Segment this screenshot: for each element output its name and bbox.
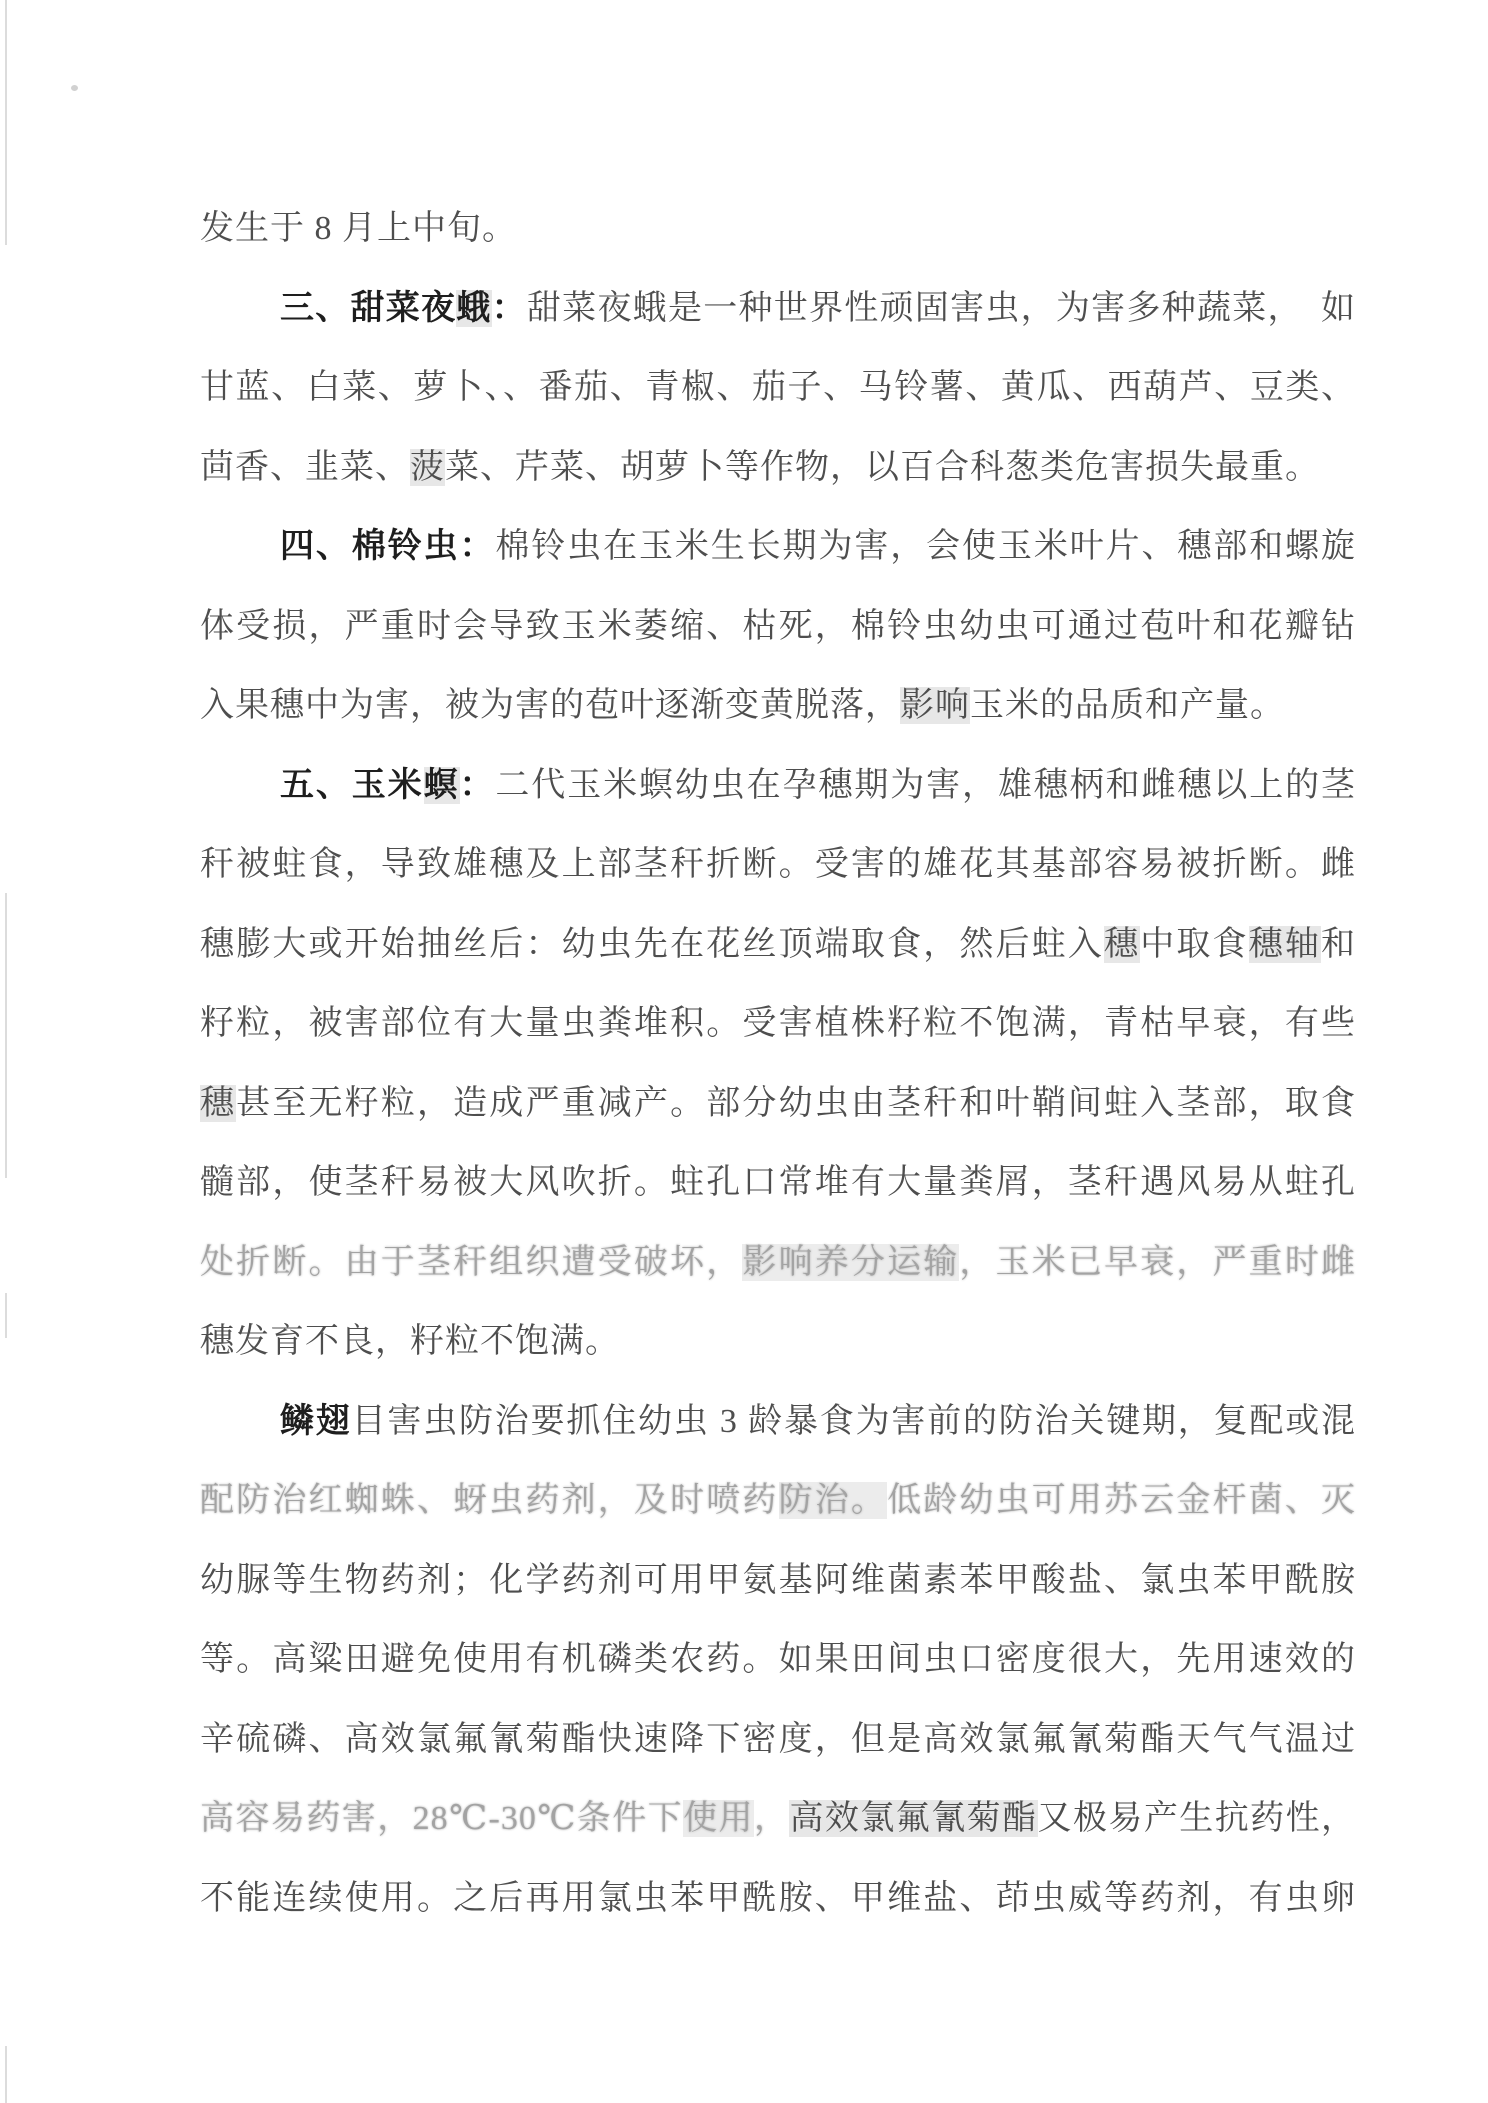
text-segment: 幼脲等生物药剂；化学药剂可用甲氨基阿维菌素苯甲酸盐、氯虫苯甲酰胺 bbox=[200, 1562, 1356, 1599]
text-line: 髓部，使茎秆易被大风吹折。蛀孔口常堆有大量粪屑，茎秆遇风易从蛀孔 bbox=[200, 1143, 1356, 1223]
text-segment: ： bbox=[492, 290, 527, 327]
scan-edge-line bbox=[5, 2046, 7, 2103]
text-segment: 影响养分运输 bbox=[742, 1244, 959, 1281]
text-segment: 鳞翅 bbox=[280, 1403, 352, 1440]
text-line: 体受损，严重时会导致玉米萎缩、枯死，棉铃虫幼虫可通过苞叶和花瓣钻 bbox=[200, 587, 1356, 667]
text-segment: 穗 bbox=[1104, 926, 1140, 963]
text-segment: 配防治红蜘蛛、蚜虫药剂，及时喷药 bbox=[200, 1482, 779, 1519]
text-segment: ： bbox=[460, 767, 496, 804]
text-line: 发生于 8 月上中旬。 bbox=[200, 189, 1356, 269]
text-segment: 处折断。由于茎秆组织遭受破坏， bbox=[200, 1244, 742, 1281]
text-segment: 不能连续使用。之后再用氯虫苯甲酰胺、甲维盐、茚虫威等药剂，有虫卵 bbox=[200, 1880, 1356, 1917]
scan-edge-line bbox=[5, 1293, 7, 1338]
text-segment: 体受损，严重时会导致玉米萎缩、枯死，棉铃虫幼虫可通过苞叶和花瓣钻 bbox=[200, 608, 1356, 645]
text-segment: 使用 bbox=[683, 1800, 754, 1837]
text-segment: 五、玉米 bbox=[280, 767, 424, 804]
text-segment: 入果穗中为害，被为害的苞叶逐渐变黄脱落， bbox=[200, 687, 900, 724]
text-line: 辛硫磷、高效氯氟氰菊酯快速降下密度，但是高效氯氟氰菊酯天气气温过 bbox=[200, 1700, 1356, 1780]
text-line: 入果穗中为害，被为害的苞叶逐渐变黄脱落，影响玉米的品质和产量。 bbox=[200, 666, 1356, 746]
text-segment: 穗轴 bbox=[1249, 926, 1321, 963]
text-line: 穗膨大或开始抽丝后：幼虫先在花丝顶端取食，然后蛀入穗中取食穗轴和 bbox=[200, 905, 1356, 985]
text-segment: 中取食 bbox=[1140, 926, 1248, 963]
scanned-document-page: 发生于 8 月上中旬。三、甜菜夜蛾：甜菜夜蛾是一种世界性顽固害虫，为害多种蔬菜，… bbox=[0, 0, 1488, 2103]
text-segment: 穗膨大或开始抽丝后：幼虫先在花丝顶端取食，然后蛀入 bbox=[200, 926, 1104, 963]
scan-edge-line bbox=[5, 0, 7, 245]
scan-speck bbox=[71, 85, 78, 91]
text-segment: 影响 bbox=[900, 687, 970, 724]
text-segment: 28℃-30℃条件下 bbox=[413, 1800, 683, 1837]
text-segment: 螟 bbox=[424, 767, 460, 804]
text-line: 秆被蛀食，导致雄穗及上部茎秆折断。受害的雄花其基部容易被折断。雌 bbox=[200, 825, 1356, 905]
text-segment: 辛硫磷、高效氯氟氰菊酯快速降下密度，但是高效氯氟氰菊酯天气气温过 bbox=[200, 1721, 1356, 1758]
text-segment: 籽粒，被害部位有大量虫粪堆积。受害植株籽粒不饱满，青枯早衰，有些 bbox=[200, 1005, 1356, 1042]
text-segment: 穗发育不良，籽粒不饱满。 bbox=[200, 1323, 620, 1360]
text-line: 等。高粱田避免使用有机磷类农药。如果田间虫口密度很大，先用速效的 bbox=[200, 1620, 1356, 1700]
text-segment: 菠 bbox=[410, 449, 445, 486]
text-segment: 甘蓝、白菜、萝卜、、番茄、青椒、茄子、马铃薯、黄瓜、西葫芦、豆类、 bbox=[200, 369, 1356, 406]
text-segment: 和 bbox=[1321, 926, 1356, 963]
text-line: 处折断。由于茎秆组织遭受破坏，影响养分运输，玉米已早衰，严重时雌 bbox=[200, 1223, 1356, 1303]
text-segment: 又极易产生抗药性， bbox=[1038, 1800, 1357, 1837]
text-line: 配防治红蜘蛛、蚜虫药剂，及时喷药防治。低龄幼虫可用苏云金杆菌、灭 bbox=[200, 1461, 1356, 1541]
text-line: 穗甚至无籽粒，造成严重减产。部分幼虫由茎秆和叶鞘间蛀入茎部，取食 bbox=[200, 1064, 1356, 1144]
text-line: 五、玉米螟：二代玉米螟幼虫在孕穗期为害，雄穗柄和雌穗以上的茎 bbox=[200, 746, 1356, 826]
text-segment: 玉米的品质和产量。 bbox=[970, 687, 1285, 724]
text-line: 高容易药害，28℃-30℃条件下使用，高效氯氟氰菊酯又极易产生抗药性， bbox=[200, 1779, 1356, 1859]
text-segment: 甚至无籽粒，造成严重减产。部分幼虫由茎秆和叶鞘间蛀入茎部，取食 bbox=[236, 1085, 1356, 1122]
text-line: 三、甜菜夜蛾：甜菜夜蛾是一种世界性顽固害虫，为害多种蔬菜， 如 bbox=[200, 269, 1356, 349]
text-segment: 蛾 bbox=[456, 290, 491, 327]
text-segment: 等。高粱田避免使用有机磷类农药。如果田间虫口密度很大，先用速效的 bbox=[200, 1641, 1356, 1678]
text-line: 穗发育不良，籽粒不饱满。 bbox=[200, 1302, 1356, 1382]
text-segment: 目害虫防治要抓住幼虫 3 龄暴食为害前的防治关键期，复配或混 bbox=[352, 1403, 1356, 1440]
text-segment: 秆被蛀食，导致雄穗及上部茎秆折断。受害的雄花其基部容易被折断。雌 bbox=[200, 846, 1356, 883]
text-segment: 高效氯氟氰菊酯 bbox=[789, 1800, 1037, 1837]
scan-edge-line bbox=[5, 893, 7, 1178]
text-segment: 低龄幼虫可用苏云金杆菌、灭 bbox=[887, 1482, 1356, 1519]
text-segment: 茴香、韭菜、 bbox=[200, 449, 410, 486]
text-segment: 四、棉铃虫： bbox=[280, 528, 495, 565]
document-text: 发生于 8 月上中旬。三、甜菜夜蛾：甜菜夜蛾是一种世界性顽固害虫，为害多种蔬菜，… bbox=[200, 189, 1356, 1938]
text-segment: 髓部，使茎秆易被大风吹折。蛀孔口常堆有大量粪屑，茎秆遇风易从蛀孔 bbox=[200, 1164, 1356, 1201]
text-segment: 防治。 bbox=[779, 1482, 887, 1519]
text-line: 鳞翅目害虫防治要抓住幼虫 3 龄暴食为害前的防治关键期，复配或混 bbox=[200, 1382, 1356, 1462]
text-segment: 发生于 8 月上中旬。 bbox=[200, 210, 517, 247]
text-line: 幼脲等生物药剂；化学药剂可用甲氨基阿维菌素苯甲酸盐、氯虫苯甲酰胺 bbox=[200, 1541, 1356, 1621]
text-line: 甘蓝、白菜、萝卜、、番茄、青椒、茄子、马铃薯、黄瓜、西葫芦、豆类、 bbox=[200, 348, 1356, 428]
text-segment: 甜菜夜蛾是一种世界性顽固害虫，为害多种蔬菜， 如 bbox=[527, 290, 1356, 327]
text-segment: 三、甜菜夜 bbox=[280, 290, 456, 327]
text-segment: 穗 bbox=[200, 1085, 236, 1122]
text-segment: ，玉米已早衰，严重时雌 bbox=[959, 1244, 1356, 1281]
text-segment: 高容易药害， bbox=[200, 1800, 413, 1837]
text-line: 四、棉铃虫：棉铃虫在玉米生长期为害，会使玉米叶片、穗部和螺旋 bbox=[200, 507, 1356, 587]
text-line: 茴香、韭菜、菠菜、芹菜、胡萝卜等作物，以百合科葱类危害损失最重。 bbox=[200, 428, 1356, 508]
text-segment: 菜、芹菜、胡萝卜等作物，以百合科葱类危害损失最重。 bbox=[445, 449, 1320, 486]
text-line: 籽粒，被害部位有大量虫粪堆积。受害植株籽粒不饱满，青枯早衰，有些 bbox=[200, 984, 1356, 1064]
text-segment: ， bbox=[754, 1800, 789, 1837]
text-segment: 二代玉米螟幼虫在孕穗期为害，雄穗柄和雌穗以上的茎 bbox=[495, 767, 1356, 804]
text-line: 不能连续使用。之后再用氯虫苯甲酰胺、甲维盐、茚虫威等药剂，有虫卵 bbox=[200, 1859, 1356, 1939]
text-segment: 棉铃虫在玉米生长期为害，会使玉米叶片、穗部和螺旋 bbox=[495, 528, 1356, 565]
